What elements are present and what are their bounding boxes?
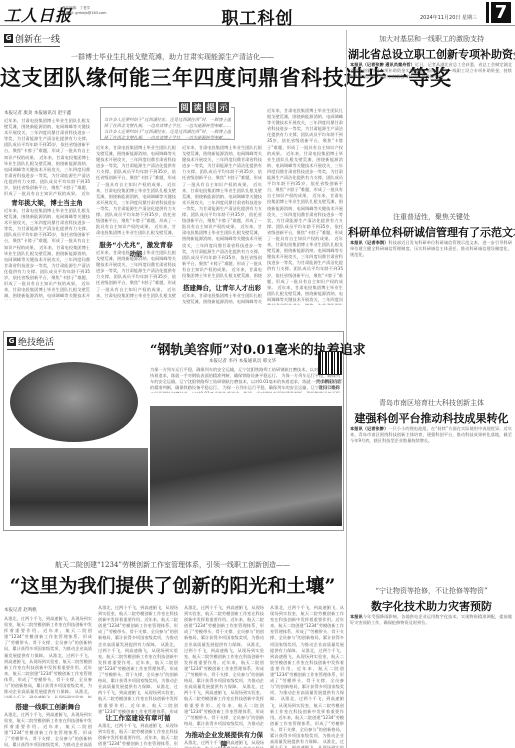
column-logo-icon: G xyxy=(4,34,13,43)
bottom-body-col2b: 从淮北，过两个千飞，到高速俯飞，从现场到实验室，航天二院劳模创新工作室在科技创新… xyxy=(98,723,178,748)
right-story-2-headline: 科研单位科研诚信管理有了示范文本 xyxy=(348,224,515,240)
lead-kicker: 一群博士毕业生扎根戈壁荒滩，助力甘肃实现能源生产清洁化—— xyxy=(0,52,345,62)
column-head-skills: G 绝技绝活 xyxy=(7,335,55,350)
bottom-body-col4: 从淮北，过两个千飞，到高速俯飞，从现场到实验室，航天二院劳模创新工作室在科技创新… xyxy=(270,605,344,748)
lead-body-col3b: 近年来，甘肃电投集团博士毕业生团队扎根戈壁荒滩，围绕新能源消纳、电网调峰等关键技… xyxy=(182,293,262,305)
masthead: 工人日报 责任编辑：丁老学 E-mail: grrbkjb@163.com 职工… xyxy=(0,0,515,26)
reading-guide-label: 阅 读 提 示 xyxy=(177,102,231,113)
lead-body-col3: 近年来，甘肃电投集团博士毕业生团队扎根戈壁荒滩，围绕新能源消纳、电网调峰等关键技… xyxy=(182,145,262,280)
right-story-2-body: 本报讯（记者李润）科技部近日发布科研单位科研诚信管理示范文本，进一步引导科研单位… xyxy=(350,240,512,395)
bottom-subhead-2: 让工作室建设有章可循 xyxy=(98,713,178,722)
lead-body-col1b: 近年来，甘肃电投集团博士毕业生团队扎根戈壁荒滩，围绕新能源消纳、电网调峰等关键技… xyxy=(4,208,90,300)
qr-code-icon[interactable] xyxy=(318,351,342,375)
right-story-3-headline: 建强科创平台推动科技成果转化 xyxy=(348,410,515,426)
bottom-body-col1: 从淮北，过两个千飞，到高速俯飞，从现场到实验室，航天二院劳模创新工作室在科技创新… xyxy=(4,616,92,698)
bottom-body-col1b: 从淮北，过两个千飞，到高速俯飞，从现场到实验室，航天二院劳模创新工作室在科技创新… xyxy=(4,712,92,748)
lead-body-col1: 近年来，甘肃电投集团博士毕业生团队扎根戈壁荒滩，围绕新能源消纳、电网调峰等关键技… xyxy=(4,118,90,196)
lead-subhead-3: 搭建舞台，让青年人才出彩 xyxy=(182,283,262,292)
lead-body-col4: 近年来，甘肃电投集团博士毕业生团队扎根戈壁荒滩，围绕新能源消纳、电网调峰等关键技… xyxy=(267,108,343,305)
right-story-4-headline: 数字化技术助力灾害预防 xyxy=(348,598,515,614)
photo-rail-measurement xyxy=(150,406,342,526)
bottom-headline: “这里为我们提供了创新的阳光和土壤” xyxy=(0,571,345,598)
lead-subhead-1: 青年挑大梁，博士当主角 xyxy=(4,198,90,207)
bottom-body-col2: 从淮北，过两个千飞，到高速俯飞，从现场到实验室，航天二院劳模创新工作室在科技创新… xyxy=(98,605,178,715)
lead-headline: 这支团队缘何能三年四度问鼎省科技进步一等奖 xyxy=(0,62,345,92)
page-number-bar xyxy=(486,2,489,23)
bottom-body-col3: 从淮北，过两个千飞，到高速俯飞，从现场到实验室，航天二院劳模创新工作室在科技创新… xyxy=(184,605,264,728)
column-head-innovation: G 创新在一线 xyxy=(4,32,60,47)
lead-body-col2b: 近年来，甘肃电投集团博士毕业生团队扎根戈壁荒滩，围绕新能源消纳、电网调峰等关键技… xyxy=(96,250,176,300)
right-story-1-kicker: 加大对基层和一线职工的激励支持 xyxy=(348,34,515,44)
right-story-2-kicker: 注重普适性，聚焦关键处 xyxy=(348,212,515,222)
right-story-4-body: 本报讯今年受强降雨影响，各地供电企业运用数字化技术，实现物资精准调配，提前做好灾… xyxy=(350,614,512,746)
reading-guide-box: 阅 读 提 示 当许多人还要纠结于“过西湖往东，还是过西湖往西”时，一群博士选择… xyxy=(100,107,235,140)
lead-body-col2: 近年来，甘肃电投集团博士毕业生团队扎根戈壁荒滩，围绕新能源消纳、电网调峰等关键技… xyxy=(96,145,176,237)
column-divider xyxy=(346,30,347,748)
right-story-3-kicker: 青岛市南区培育壮大科技创新主体 xyxy=(348,398,515,408)
bottom-kicker: 航天二院创建“1234”劳模创新工作室管理体系，引领一线职工创新创造—— xyxy=(0,560,345,570)
photo-rail-grinder xyxy=(10,362,138,442)
page-number: 7 xyxy=(491,2,511,23)
bottom-body-col3b: 从淮北，过两个千飞，到高速俯飞，从现场到实验室，航天二院劳模创新工作室在科技创新… xyxy=(184,740,264,748)
right-story-1-headline: 湖北省总设立职工创新专项补助资金 xyxy=(348,46,515,62)
feature-byline: 本报记者 李丹 本报通讯员 邢文华 xyxy=(150,358,335,364)
qr-caption: 更多精彩内容 请扫二维码 xyxy=(312,379,346,391)
feature-headline: “钢轨美容师”对0.01毫米的执着追求 xyxy=(150,339,335,358)
right-story-1-body: 本报讯（记者张翀 通讯员秦舟哲）近日，记者从湖北省总工会获悉，省总工会制定湖北省… xyxy=(350,62,512,210)
bottom-byline: 本报记者 赵鸣帆 xyxy=(4,607,37,613)
lead-byline: 本报记者 康劲 本报通讯员 赵宇鑫 xyxy=(4,110,71,116)
reading-guide-text: 当许多人还要纠结于“过西湖往东，还是过西湖往西”时，一群博士选择了在西北戈壁扎根… xyxy=(104,117,231,139)
issue-date: 2024年11月20日 星期三 xyxy=(420,14,477,21)
bottom-subhead-1: 搭建一线职工创新舞台 xyxy=(4,702,92,711)
photo-worker-on-track xyxy=(10,448,148,526)
right-story-3-body: 本报讯（记者张翀）一只小小的锂电池组，在“持续”方面在实际使用中表现优异。近年来… xyxy=(350,426,512,576)
column-logo-icon: G xyxy=(7,337,16,346)
right-story-4-kicker: “宁让物资等抢修，不让抢修等物资” xyxy=(348,586,515,596)
